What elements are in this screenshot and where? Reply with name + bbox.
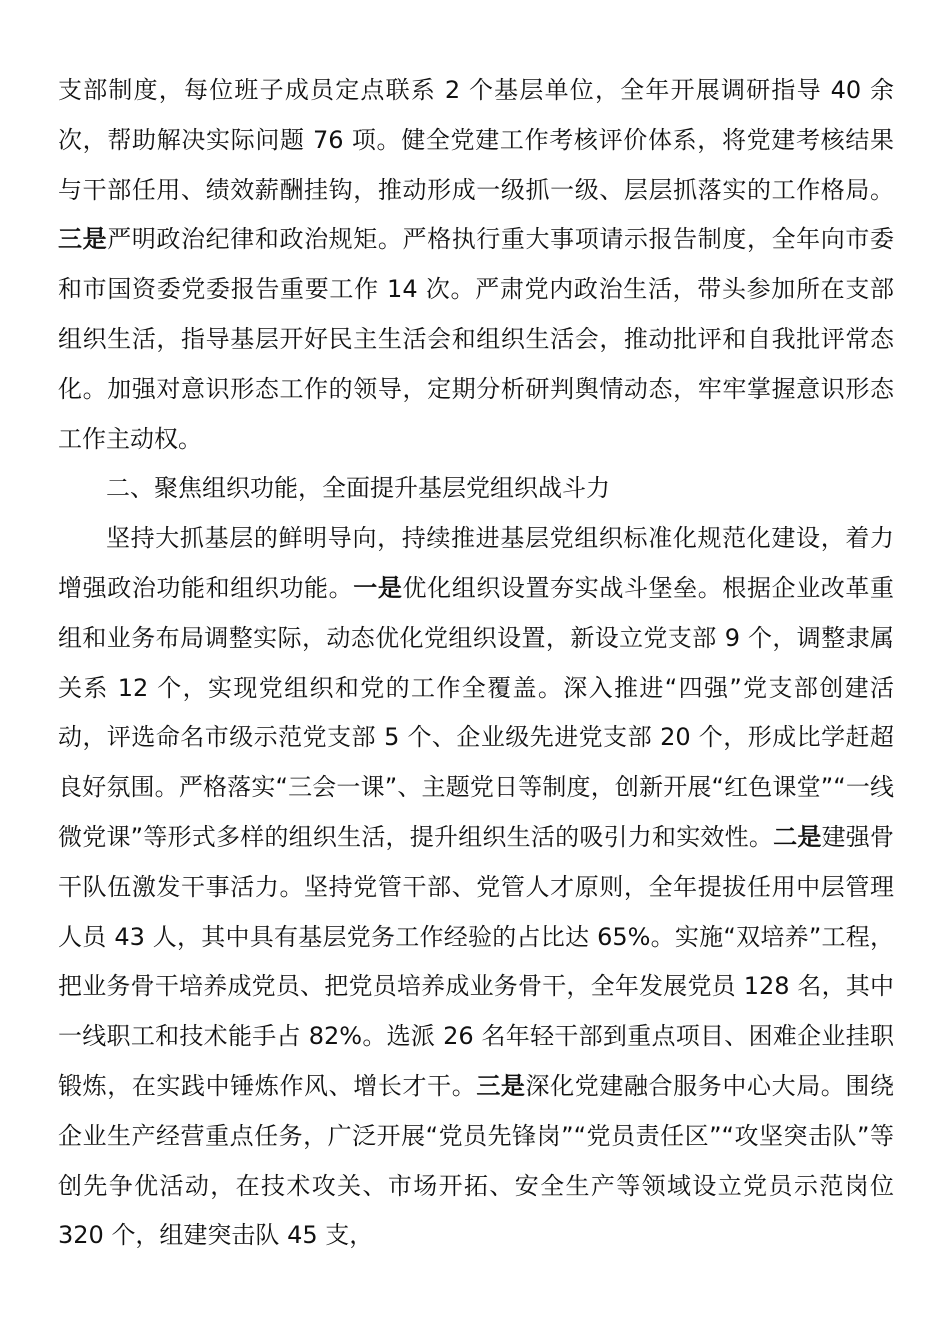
body-text: 优化组织设置夯实战斗堡垒。根据企业改革重组和业务布局调整实际，动态优化党组织设置… bbox=[58, 574, 894, 851]
body-text: 严明政治纪律和政治规矩。严格执行重大事项请示报告制度，全年向市委和市国资委党委报… bbox=[58, 225, 894, 452]
bold-lead-in-one: 一是 bbox=[353, 574, 402, 602]
paragraph-party-leadership-continued: 支部制度，每位班子成员定点联系 2 个基层单位，全年开展调研指导 40 余次，帮… bbox=[58, 66, 894, 464]
body-text: 支部制度，每位班子成员定点联系 2 个基层单位，全年开展调研指导 40 余次，帮… bbox=[58, 76, 894, 204]
bold-lead-in-two: 二是 bbox=[773, 823, 821, 851]
bold-lead-in-three: 三是 bbox=[58, 225, 107, 253]
section-heading-two: 二、聚焦组织功能，全面提升基层党组织战斗力 bbox=[58, 464, 894, 514]
body-text: 建强骨干队伍激发干事活力。坚持党管干部、党管人才原则，全年提拔任用中层管理人员 … bbox=[58, 823, 894, 1100]
paragraph-organization-function: 坚持大抓基层的鲜明导向，持续推进基层党组织标准化规范化建设，着力增强政治功能和组… bbox=[58, 514, 894, 1261]
bold-lead-in-three: 三是 bbox=[476, 1072, 525, 1100]
document-page: 支部制度，每位班子成员定点联系 2 个基层单位，全年开展调研指导 40 余次，帮… bbox=[58, 66, 894, 1261]
